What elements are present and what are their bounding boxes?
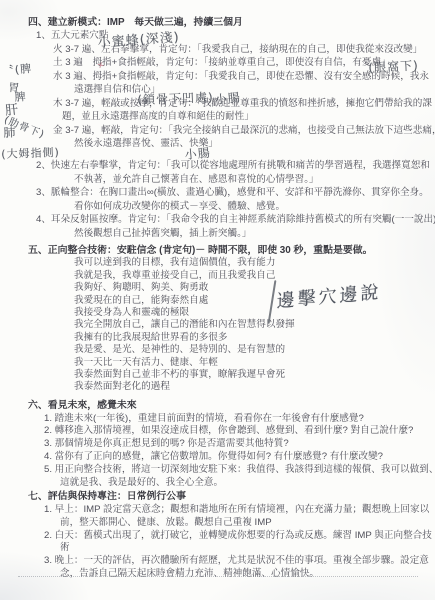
doc-line: 看你如何成功改變你的模式－享受、體驗、感覺。 bbox=[28, 201, 421, 214]
doc-line: 3. 那個情境是你真正想見到的嗎? 你是否還需要其他特質? bbox=[28, 438, 421, 451]
doc-line: 然後觀想自己扯掉舊突觸，插上新突觸。」 bbox=[28, 228, 421, 241]
doc-line: 2. 轉移進入那情境裡，如果沒達成目標，你會聽到、感覺到、看到什麼? 對自己說什… bbox=[28, 425, 421, 438]
doc-line: 5. 用正向整合技術，將這一切深刻地安駐下來：我值得、我該得到這樣的報償、我可以… bbox=[28, 464, 421, 477]
doc-line: 我擁有的比我展現給世界看的多很多 bbox=[28, 332, 421, 344]
doc-line: 我一天比一天有活力、健康、年輕 bbox=[28, 357, 421, 369]
handwritten-annotation: 肺 bbox=[3, 123, 17, 141]
doc-line: 術 bbox=[28, 542, 421, 555]
handwritten-annotation: 小腸 bbox=[184, 144, 211, 163]
doc-line: 1. 踏進未來(一年後)，重建目前面對的情境，看看你在一年後會有什麼感覺? bbox=[28, 413, 421, 426]
doc-line: 3、脈輪整合：在胸口畫出∞(橫放、畫過心臟)，感覺和平、安詳和平靜洗滌你、貫穿你… bbox=[28, 187, 421, 200]
doc-line: 土 3 遍 拇指+食指輕敲，肯定句：「接納並尊重自己，即使沒有自信，有憂慮」 bbox=[28, 57, 421, 70]
section-title: 七、評估與保持專注：日常例行公事 bbox=[28, 491, 421, 504]
doc-line: 2. 白天：舊模式出現了，就打破它，並轉變成你想要的行為或反應。練習 IMP 與… bbox=[28, 530, 421, 543]
doc-line: 前，整天都開心、健康、放鬆。觀想自己重複 IMP bbox=[28, 517, 421, 530]
doc-line: 2、快速左右拳擊掌，肯定句：「我可以從容地處理所有挑戰和痛苦的學習過程，我選擇寬… bbox=[28, 160, 421, 173]
doc-line: 題，並且永遠選擇高度的自尊和絕佳的耐性」 bbox=[28, 111, 421, 124]
section: 四、建立新模式：IMP 每天做三遍，持續三個月1、五大元素穴點火 3-7 遍、左… bbox=[28, 17, 421, 241]
doc-line: 我接受身為人和靈魂的極限 bbox=[28, 307, 421, 319]
doc-line: 1. 早上：IMP 設定當天意念；觀想和諧地所在所有情境裡，內在充滿力量；觀想晚… bbox=[28, 504, 421, 517]
doc-line: 水 3 遍、拇指+食指輕敲，肯定句：「我愛我自己，即使在恐懼、沒有安全感的時候，… bbox=[28, 71, 421, 84]
doc-line: 金 3-7 遍，輕敲，肯定句：「我完全接納自己最深沉的悲痛，也接受自己無法放下這… bbox=[28, 125, 421, 138]
doc-line: 我泰然面對自己並非不朽的事實，瞭解我遲早會死 bbox=[28, 369, 421, 381]
section: 六、看見未來，感覺未來1. 踏進未來(一年後)，重建目前面對的情境，看看你在一年… bbox=[28, 400, 421, 490]
doc-line: 火 3-7 遍、左右拳擊掌，肯定句：「我愛我自己，接納現在的自己，即使我從來沒改… bbox=[28, 44, 421, 57]
doc-line: 4、耳朵反射區按摩。肯定句：「我命令我的自主神經系統消除維持舊模式的所有突觸(一… bbox=[28, 214, 421, 227]
doc-line: 這就是我、我是最好的、我全心全意。 bbox=[28, 477, 421, 490]
handwritten-annotation: 小腸 bbox=[214, 88, 242, 108]
doc-line: 念，告訴自己隔天起床時會精力充沛、精神飽滿、心情愉快。 bbox=[28, 568, 421, 581]
handwritten-annotation: 〝(脾 bbox=[2, 60, 33, 79]
section-title: 四、建立新模式：IMP 每天做三遍，持續三個月 bbox=[28, 17, 421, 30]
section-title: 六、看見未來，感覺未來 bbox=[28, 400, 421, 413]
section: 五、正向整合技術：安駐信念 (肯定句)－ 時間不限，即使 30 秒，重點是要做。… bbox=[28, 245, 421, 394]
doc-line: 然後永遠選擇喜悅、靈活、快樂」 bbox=[28, 138, 421, 151]
handwritten-annotation: (鎖骨下凹處) bbox=[137, 88, 214, 108]
doc-line: 不執著，並允許自己懷著自在、感恩和喜悅的心情學習。」 bbox=[28, 174, 421, 187]
handwritten-annotation: (眼窩下) bbox=[368, 56, 419, 76]
doc-line: 4. 當你有了正向的感覺，讓它倍數增加。你覺得如何? 有什麼感覺? 有什麼改變? bbox=[28, 451, 421, 464]
section-title: 五、正向整合技術：安駐信念 (肯定句)－ 時間不限，即使 30 秒，重點是要做。 bbox=[28, 245, 421, 257]
scan-artifact-dotted-line bbox=[18, 576, 418, 577]
doc-line: 3. 晚上：一天的評估，再次體驗所有經歷，尤其是狀況不佳的事項。重複全部步驟。設… bbox=[28, 555, 421, 568]
doc-line: 我泰然面對老化的過程 bbox=[28, 381, 421, 393]
document-page: 四、建立新模式：IMP 每天做三遍，持續三個月1、五大元素穴點火 3-7 遍、左… bbox=[0, 0, 435, 600]
doc-line: 1、五大元素穴點 bbox=[28, 30, 421, 43]
doc-line: 我完全開放自己，讓自己的潛能和內在智慧得以發揮 bbox=[28, 319, 421, 331]
section: 七、評估與保持專注：日常例行公事1. 早上：IMP 設定當天意念；觀想和諧地所在… bbox=[28, 491, 421, 581]
doc-line: 我可以達到我的目標，我有這個價值，我有能力 bbox=[28, 257, 421, 269]
doc-line: 我是愛、是光、是神性的、是特別的、是有智慧的 bbox=[28, 344, 421, 356]
handwritten-annotation: (大姆指側) bbox=[1, 144, 60, 162]
